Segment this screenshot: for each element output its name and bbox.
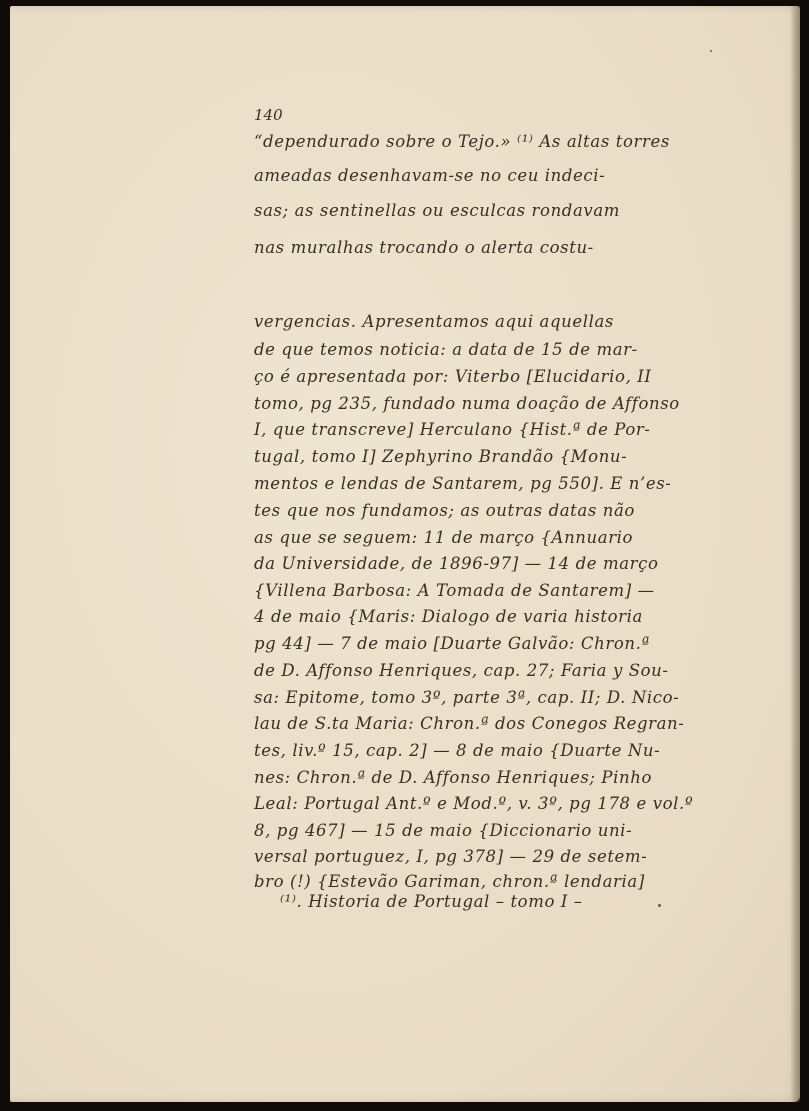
text-line: vergencias. Apresentamos aqui aquellas <box>254 312 614 331</box>
text-line: sa: Epitome, tomo 3º, parte 3ª, cap. II;… <box>254 688 679 707</box>
text-line: tes, liv.º 15, cap. 2] — 8 de maio {Duar… <box>254 741 660 760</box>
manuscript-page: 140 “dependurado sobre o Tejo.» ⁽¹⁾ As a… <box>10 6 800 1102</box>
text-line: nes: Chron.ª de D. Affonso Henriques; Pi… <box>254 768 652 787</box>
ink-speck <box>710 50 712 52</box>
text-line: ço é apresentada por: Viterbo [Elucidari… <box>254 367 652 386</box>
text-line: de D. Affonso Henriques, cap. 27; Faria … <box>254 661 669 680</box>
text-line: 8, pg 467] — 15 de maio {Diccionario uni… <box>254 821 632 840</box>
ink-speck <box>658 904 661 907</box>
text-line: {Villena Barbosa: A Tomada de Santarem] … <box>254 581 655 600</box>
text-line: “dependurado sobre o Tejo.» ⁽¹⁾ As altas… <box>254 132 670 151</box>
footnote: ⁽¹⁾. Historia de Portugal – tomo I – <box>280 892 583 911</box>
text-line: sas; as sentinellas ou esculcas rondavam <box>254 201 620 220</box>
text-line: bro (!) {Estevão Gariman, chron.ª lendar… <box>254 872 645 891</box>
text-line: mentos e lendas de Santarem, pg 550]. E … <box>254 474 671 493</box>
text-line: nas muralhas trocando o alerta costu- <box>254 238 594 257</box>
text-line: pg 44] — 7 de maio [Duarte Galvão: Chron… <box>254 634 650 653</box>
text-line: Leal: Portugal Ant.º e Mod.º, v. 3º, pg … <box>254 794 693 813</box>
text-line: I, que transcreve] Herculano {Hist.ª de … <box>254 420 651 439</box>
text-line: 4 de maio {Maris: Dialogo de varia histo… <box>254 607 643 626</box>
text-line: tes que nos fundamos; as outras datas nã… <box>254 501 635 520</box>
text-line: as que se seguem: 11 de março {Annuario <box>254 528 633 547</box>
text-line: tugal, tomo I] Zephyrino Brandão {Monu- <box>254 447 627 466</box>
text-line: ameadas desenhavam-se no ceu indeci- <box>254 166 605 185</box>
text-line: da Universidade, de 1896-97] — 14 de mar… <box>254 554 659 573</box>
text-line: lau de S.ta Maria: Chron.ª dos Conegos R… <box>254 714 684 733</box>
text-line: tomo, pg 235, fundado numa doação de Aff… <box>254 394 680 413</box>
text-line: de que temos noticia: a data de 15 de ma… <box>254 340 638 359</box>
text-line: versal portuguez, I, pg 378] — 29 de set… <box>254 847 647 866</box>
page-number: 140 <box>254 106 283 124</box>
